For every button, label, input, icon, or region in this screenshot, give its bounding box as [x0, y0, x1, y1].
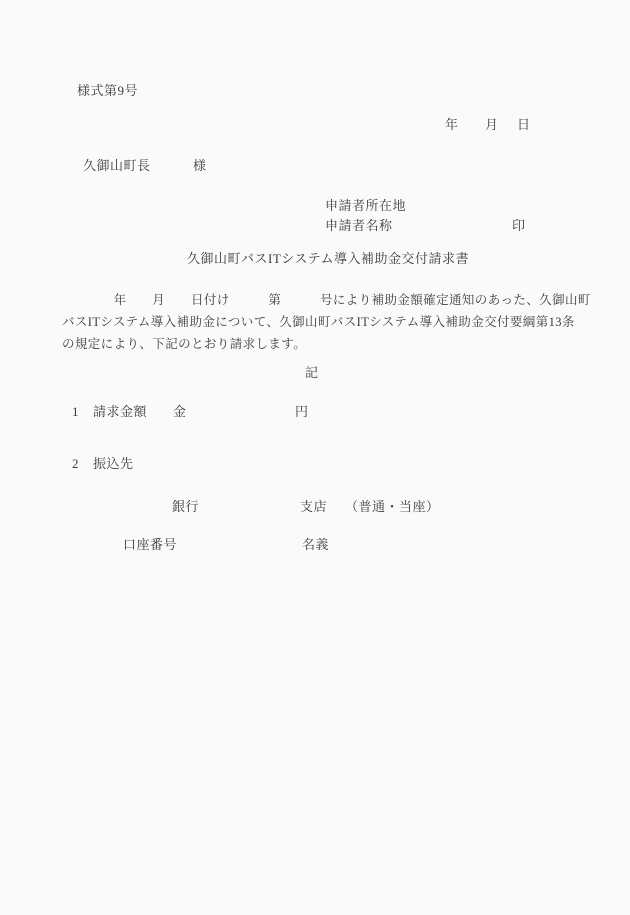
bank-label: 銀行: [172, 500, 199, 513]
account-number-label: 口座番号: [123, 538, 177, 551]
date-year-label: 年: [445, 118, 459, 131]
document-page: 様式第9号 年 月 日 久御山町長 様 申請者所在地 申請者名称 印 久御山町バ…: [0, 0, 630, 915]
claim-item-label: 請求金額: [93, 405, 147, 418]
applicant-address-label: 申請者所在地: [325, 199, 406, 212]
body-paragraph-line-2: バスITシステム導入補助金について、久御山町バスITシステム導入補助金交付要綱第…: [62, 311, 577, 333]
body-paragraph-line-1: 年 月 日付け 第 号により補助金額確定通知のあった、久御山町: [62, 289, 577, 311]
applicant-name-label: 申請者名称: [325, 219, 393, 232]
claim-amount-suffix: 円: [295, 405, 309, 418]
addressee-name: 久御山町長: [83, 159, 151, 172]
document-title: 久御山町バスITシステム導入補助金交付請求書: [187, 252, 469, 265]
body-paragraph-line-3: の規定により、下記のとおり請求します。: [62, 333, 577, 355]
account-holder-label: 名義: [302, 538, 329, 551]
applicant-seal-label: 印: [512, 219, 526, 232]
date-day-label: 日: [517, 118, 531, 131]
account-type-label: （普通・当座）: [345, 500, 440, 513]
form-number: 様式第9号: [77, 84, 138, 97]
body-paragraph: 年 月 日付け 第 号により補助金額確定通知のあった、久御山町 バスITシステム…: [62, 289, 577, 355]
record-marker: 記: [305, 366, 319, 379]
transfer-item-label: 振込先: [93, 457, 134, 470]
date-month-label: 月: [485, 118, 499, 131]
claim-item-number: 1: [72, 405, 79, 418]
transfer-item-number: 2: [72, 457, 79, 470]
addressee-honorific: 様: [193, 159, 207, 172]
claim-amount-prefix: 金: [173, 405, 187, 418]
branch-label: 支店: [300, 500, 327, 513]
